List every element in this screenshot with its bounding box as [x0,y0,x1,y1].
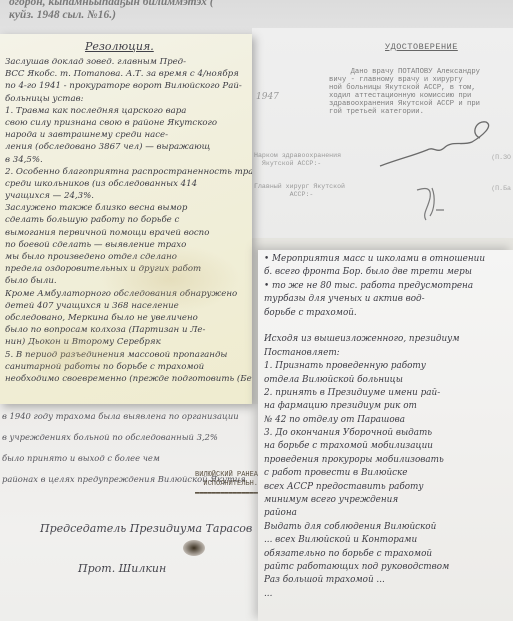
caption-line-1: огорон, кыһамньыһааҕын билиммэтэх ( [9,0,513,9]
resolution-line: мы было произведено отдел сделано [5,251,252,263]
margin-date-mark: 1947 [256,92,279,102]
signatory-2-title: Главный хирург Якутской АССР:- [254,183,345,198]
continuation-line [264,320,485,333]
continuation-line: • Мероприятия масс и школами в отношении [264,253,485,266]
resolution-line: сделать большую работу по борьбе с [5,214,252,226]
resolution-line: ления (обследовано 3867 чел) — выражающ [5,141,252,153]
continuation-line: с работ провести в Вилюйске [264,467,485,480]
caption-line-2: куйз. 1948 сыл. №16.) [9,9,513,22]
resolution-line: Заслужено также близко весна вымор [5,202,252,214]
resolution-page: Резолюция. Заслушав доклад зовед. главны… [0,34,252,404]
lower-line: в 1940 году трахома была выявлена по орг… [2,406,246,427]
resolution-line: 5. В период разъединения массовой пропаг… [5,349,252,361]
resolution-line: Заслушав доклад зовед. главным Пред- [5,56,252,68]
resolution-line: больницы устав: [5,93,252,105]
resolution-title: Резолюция. [85,40,154,53]
resolution-line: нин) Дьокон и Второму Серебряк [5,336,252,348]
continuation-line: района [264,507,485,520]
lower-handwritten-page: в 1940 году трахома была выявлена по орг… [0,404,258,621]
signatory-1-title: Нарком здравоохранения Якутской АССР:- [254,152,341,167]
resolution-line: народа и завтрашнему среди насе- [5,129,252,141]
continuation-line: обязательно по борьбе с трахомой [264,548,485,561]
continuation-line: Постановляет: [264,347,485,360]
continuation-line: всех АССР предоставить работу [264,481,485,494]
resolution-line: среди школьников (из обследованных 414 [5,178,252,190]
continuation-line: ... [264,588,485,601]
continuation-line: на фармацию президиум рик от [264,400,485,413]
resolution-line: 2. Особенно благоприятна распространенно… [5,166,252,178]
resolution-line: Кроме Амбулаторного обследования обнаруж… [5,288,252,300]
chair-signature: Председатель Президиума Тарасов [40,522,252,535]
resolution-line: обследовано, Меркина было не увеличено [5,312,252,324]
resolution-line: ВСС Якобс. т. Потапова. А.Т. за время с … [5,68,252,80]
continuation-line: № 42 по отделу от Парашова [264,414,485,427]
continuation-line: ... всех Вилюйской и Конторами [264,534,485,547]
resolution-line: по 4-го 1941 - прокураторе ворот Вилюйск… [5,80,252,92]
resolution-line: вымогания первичной помощи врачей воспо [5,227,252,239]
resolution-line: в 34,5%. [5,154,252,166]
continuation-line: проведения прокуроры мобилизовать [264,454,485,467]
resolution-line: учащихся — 24,3%. [5,190,252,202]
resolution-line: необходимо своевременно (прежде подготов… [5,373,252,385]
continuation-line: на борьбе с трахомой мобилизации [264,440,485,453]
resolution-line: детей 407 учащихся и 368 население [5,300,252,312]
continuation-line: 2. принять в Президиуме имени рай- [264,387,485,400]
continuation-line: минимум всего учреждения [264,494,485,507]
lower-line: в учреждениях больной по обследованный 3… [2,427,246,448]
resolution-line: свою силу признана свою в районе Якутско… [5,117,252,129]
continuation-line: отдела Вилюйской больницы [264,374,485,387]
continuation-line: Выдать для соблюдения Вилюйской [264,521,485,534]
continuation-line: Раз большой трахомой ... [264,574,485,587]
lower-line: было принято и выход с более чем [2,448,246,469]
continuation-page: • Мероприятия масс и школами в отношении… [258,250,513,621]
resolution-line: по боевой сделать — выявление трахо [5,239,252,251]
resolution-line: предела оздоровительных и других работ [5,263,252,275]
typed-certificate: УДОСТОВЕРЕНИЕ Дано врачу ПОТАПОВУ Алекса… [252,28,513,238]
resolution-line: санитарной работы по борьбе с трахомой [5,361,252,373]
continuation-line: 3. До окончания Уборочной выдать [264,427,485,440]
continuation-line: турбазы для ученых и актив вод- [264,293,485,306]
resolution-line: 1. Травма как последняя царского вара [5,105,252,117]
continuation-line: • то же не 80 тыс. работа предусмотрена [264,280,485,293]
continuation-line: Исходя из вышеизложенного, президиум [264,333,485,346]
official-stamp: ВИЛЮЙСКИЙ РАНЕА ИСПОЛНИТЕЛЬН. КОМ ▬▬▬▬▬▬… [195,471,258,498]
continuation-text: • Мероприятия масс и школами в отношении… [264,253,485,601]
resolution-text: Заслушав доклад зовед. главным Пред-ВСС … [5,56,252,385]
ink-blot [183,540,205,556]
continuation-line: райтс работающих под руководством [264,561,485,574]
continuation-line: 1. Признать проведенную работу [264,360,485,373]
signature-scrawl-1 [372,38,502,238]
resolution-line: было по вопросам колхоза (Партизан и Ле- [5,324,252,336]
continuation-line: борьбе с трахомой. [264,307,485,320]
resolution-line: было были. [5,275,252,287]
continuation-line: б. всего фронта Бор. было две трети меры [264,266,485,279]
secretary-signature: Прот. Шилкин [78,562,166,575]
